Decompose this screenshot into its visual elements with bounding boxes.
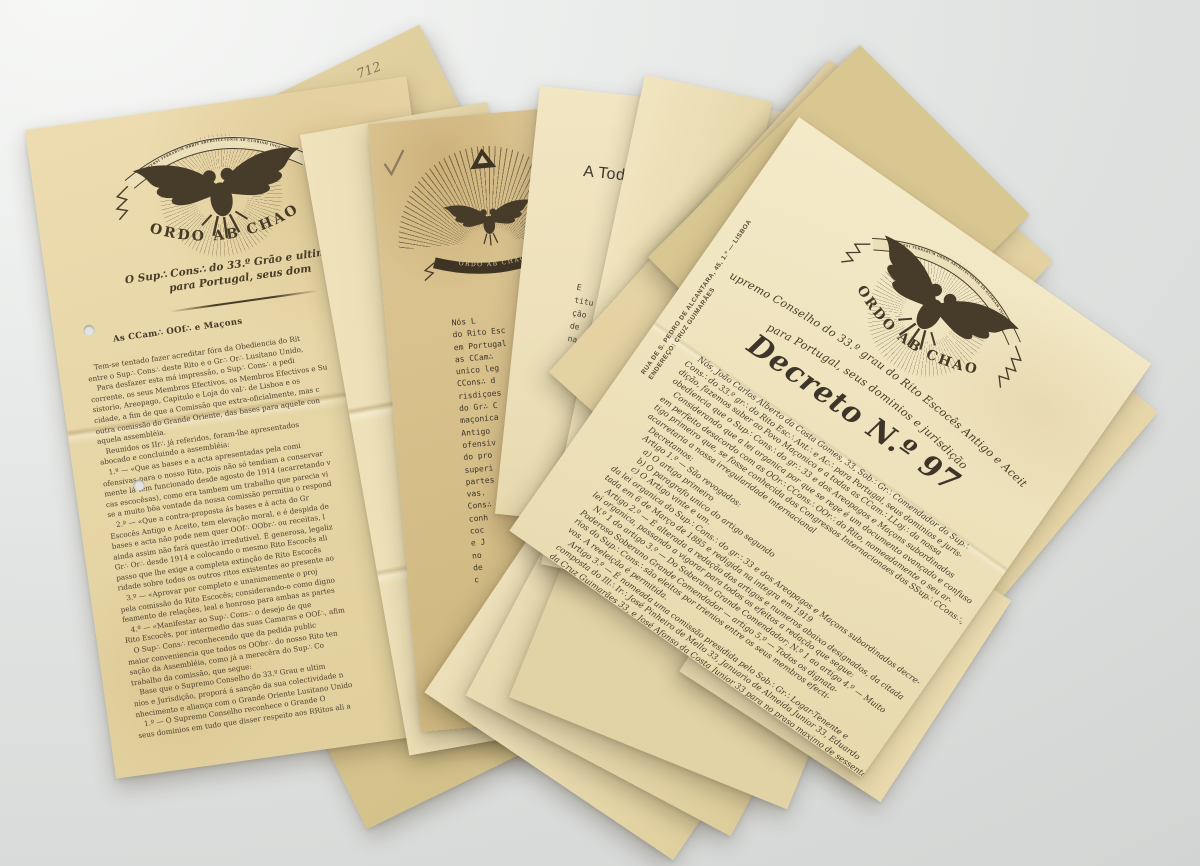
salutation-line: As CCam∴ OOf∴ e Maçons xyxy=(112,317,243,345)
punch-hole xyxy=(83,324,95,336)
masonic-eagle-emblem: UNIVERSI TERRARUM ORBIS ARCHITECTONIS AD… xyxy=(96,102,343,271)
ribbon-tail-left xyxy=(114,186,132,220)
ornamental-rule xyxy=(169,290,318,313)
ribbon-tail-left xyxy=(840,236,870,270)
triangle-inner xyxy=(477,155,488,164)
handwritten-number: 712 xyxy=(355,60,383,83)
ribbon-tail-right xyxy=(991,346,1028,389)
emblem-graphic: UNIVERSI TERRARUM ORBIS ARCHITECTONIS AD… xyxy=(96,102,343,271)
photo-scene: 712 UNIVERSI TERRARUM ORBIS ARCHITECTONI… xyxy=(0,0,1200,866)
